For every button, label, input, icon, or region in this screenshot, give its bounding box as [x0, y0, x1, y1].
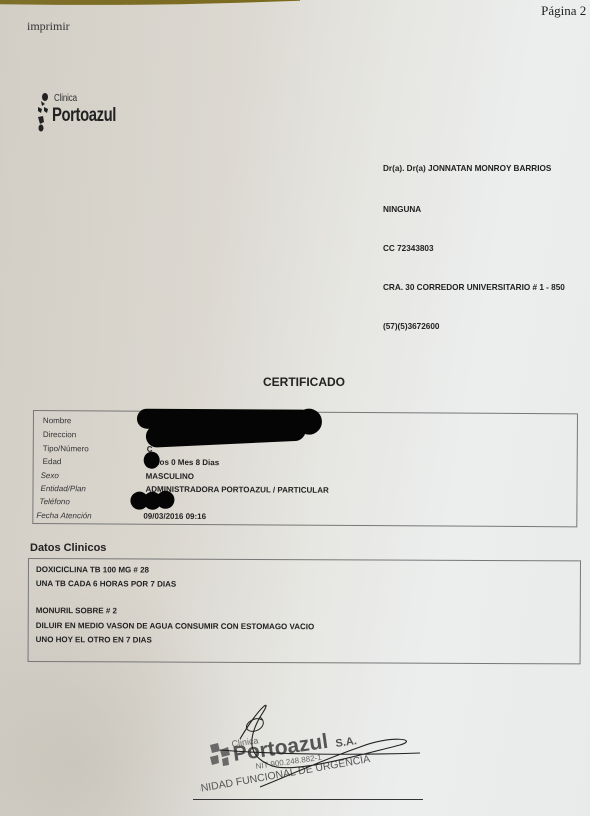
label-fecha-atencion: Fecha Atención — [36, 511, 91, 520]
redaction-age — [144, 452, 160, 469]
redaction-phone-3 — [156, 491, 174, 509]
value-edad: ños 0 Mes 8 Dias — [155, 458, 220, 467]
patient-info-box: Nombre Direccion Tipo/Número Edad Sexo E… — [32, 410, 578, 527]
label-nombre: Nombre — [43, 416, 72, 425]
torn-paper-edge — [0, 0, 300, 7]
label-entidad-plan: Entidad/Plan — [40, 484, 85, 493]
clinical-data-title: Datos Clinicos — [30, 542, 106, 554]
value-entidad-plan: ADMINISTRADORA PORTOAZUL / PARTICULAR — [145, 485, 328, 495]
logo-brand-text: Portoazul — [52, 105, 116, 127]
doctor-id: CC 72343803 — [383, 244, 434, 253]
label-direccion: Direccion — [43, 430, 76, 439]
label-sexo: Sexo — [41, 471, 59, 480]
value-sexo: MASCULINO — [146, 472, 195, 481]
svg-text:S.A.: S.A. — [335, 735, 358, 750]
clinical-line: DOXICICLINA TB 100 MG # 28 — [36, 565, 149, 574]
clinical-line: UNA TB CADA 6 HORAS POR 7 DIAS — [36, 579, 176, 589]
doctor-name: Dr(a). Dr(a) JONNATAN MONROY BARRIOS — [383, 164, 551, 173]
clinical-line: UNO HOY EL OTRO EN 7 DIAS — [36, 635, 152, 645]
label-edad: Edad — [43, 457, 62, 466]
value-fecha-atencion: 09/03/2016 09:16 — [143, 512, 206, 521]
logo-small-text: Clinica — [54, 93, 77, 104]
label-telefono: Teléfono — [39, 497, 69, 506]
stamp-signature-icon: Clinica Portoazul S.A. NIT 900.248.882-1… — [200, 695, 450, 800]
redaction-dot — [296, 409, 322, 435]
clinic-logo: Clinica Portoazul — [38, 90, 128, 140]
signature-line — [193, 799, 423, 800]
label-tipo-numero: Tipo/Número — [43, 444, 89, 453]
page-indicator: Página 2 d — [541, 3, 590, 19]
clinic-address: CRA. 30 CORREDOR UNIVERSITARIO # 1 - 850 — [383, 283, 565, 292]
logo-mark-icon — [38, 92, 50, 132]
clinical-line: MONURIL SOBRE # 2 — [36, 606, 117, 615]
clinical-line: DILUIR EN MEDIO VASON DE AGUA CONSUMIR C… — [36, 621, 315, 631]
clinic-phone: (57)(5)3672600 — [383, 322, 439, 331]
print-link[interactable]: imprimir — [27, 19, 70, 34]
document-title: CERTIFICADO — [263, 375, 345, 389]
clinical-data-box: DOXICICLINA TB 100 MG # 28 UNA TB CADA 6… — [28, 558, 581, 664]
doctor-specialty: NINGUNA — [383, 205, 421, 214]
clinic-stamp: Clinica Portoazul S.A. NIT 900.248.882-1… — [200, 695, 450, 800]
